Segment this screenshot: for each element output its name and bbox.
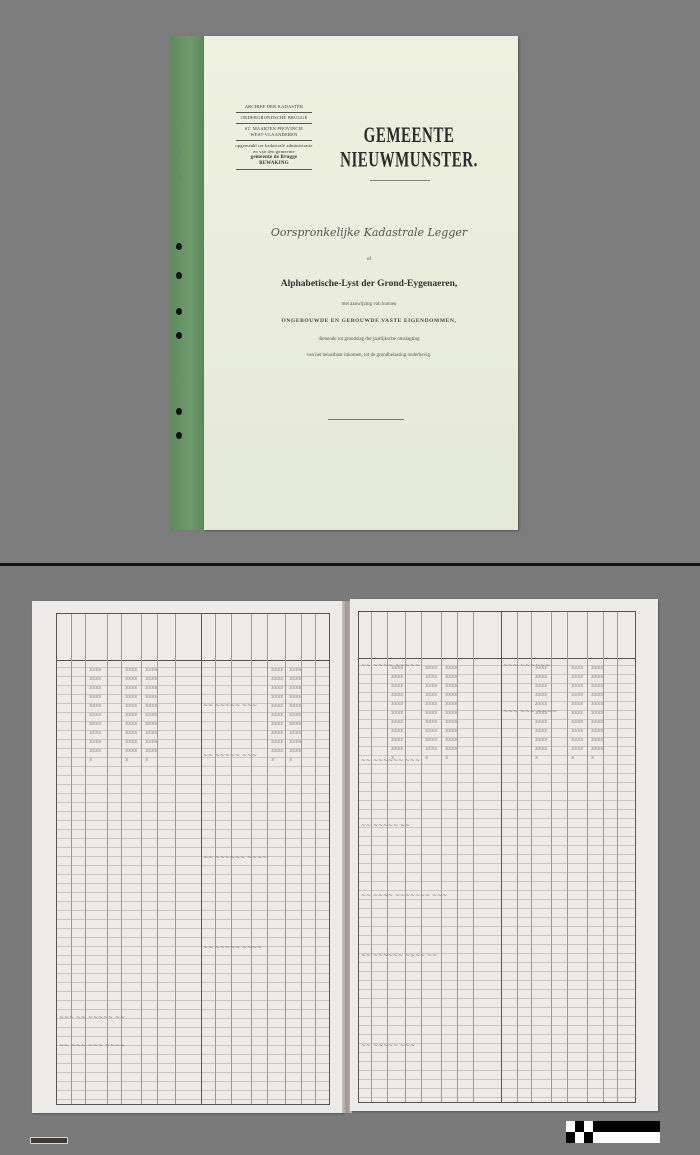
color-scale-chart — [566, 1121, 660, 1143]
stamp-line: ONDERGRONDSCHE BRUGGE — [224, 115, 324, 121]
handwritten-column: ɜɜɜɜɜɜɜɜɜɜɜɜɜɜɜɜɜɜɜɜɜɜɜɜɜɜɜɜɜɜɜɜɜɜɜɜɜɜɜɜ… — [289, 666, 303, 1066]
handwritten-column: ɜɜɜɜɜɜɜɜɜɜɜɜɜɜɜɜɜɜɜɜɜɜɜɜɜɜɜɜɜɜɜɜɜɜɜɜɜɜɜɜ… — [571, 664, 585, 1064]
ledger-table: ɜɜɜɜɜɜɜɜɜɜɜɜɜɜɜɜɜɜɜɜɜɜɜɜɜɜɜɜɜɜɜɜɜɜɜɜɜɜɜɜ… — [56, 613, 330, 1105]
stamp-line: ARCHIEF DER KADASTER — [224, 104, 324, 110]
handwritten-entry: ~~ ~~~~~ ~~ — [361, 822, 410, 829]
binding-hole — [176, 272, 182, 279]
ornament-rule — [328, 419, 404, 420]
mini-scale-bar — [30, 1137, 68, 1144]
handwritten-entry: ~~ ~~~~~ ~~~ — [203, 752, 257, 759]
handwritten-entry: ~~ ~~~~ ~~~~~~~ ~~~ — [361, 892, 447, 899]
municipality-title: GEMEENTE NIEUWMUNSTER. — [324, 124, 494, 173]
subtitle: Alphabetische-Lyst der Grond-Eygenaeren, — [224, 279, 514, 289]
table-header — [57, 614, 329, 661]
open-ledger: ɜɜɜɜɜɜɜɜɜɜɜɜɜɜɜɜɜɜɜɜɜɜɜɜɜɜɜɜɜɜɜɜɜɜɜɜɜɜɜɜ… — [32, 601, 658, 1113]
binding-hole — [176, 308, 182, 315]
handwritten-entry: ~~ ~~~~~~ ~~~ — [361, 757, 420, 764]
script-title: Oorspronkelijke Kadastrale Legger — [224, 226, 514, 239]
handwritten-entry: ~~ ~~~~~~ ~~~~ ~~ — [361, 952, 437, 959]
title-page: ARCHIEF DER KADASTER ONDERGRONDSCHE BRUG… — [204, 36, 518, 530]
cover-photo-panel: ARCHIEF DER KADASTER ONDERGRONDSCHE BRUG… — [0, 0, 700, 563]
stamp-line: WEST-VLAANDEREN — [224, 132, 324, 138]
right-page: ɜɜɜɜɜɜɜɜɜɜɜɜɜɜɜɜɜɜɜɜɜɜɜɜɜɜɜɜɜɜɜɜɜɜɜɜɜɜɜɜ… — [350, 599, 658, 1111]
left-page: ɜɜɜɜɜɜɜɜɜɜɜɜɜɜɜɜɜɜɜɜɜɜɜɜɜɜɜɜɜɜɜɜɜɜɜɜɜɜɜɜ… — [32, 601, 344, 1113]
stamp-line: BEWAKING — [224, 161, 324, 167]
caps-line: ONGEBOUWDE EN GEBOUWDE VASTE EIGENDOMMEN… — [224, 318, 514, 324]
binding-hole — [176, 432, 182, 439]
handwritten-column: ɜɜɜɜɜɜɜɜɜɜɜɜɜɜɜɜɜɜɜɜɜɜɜɜɜɜɜɜɜɜɜɜɜɜɜɜɜɜɜɜ… — [271, 666, 285, 1066]
handwritten-entry: ~~ ~~~~ ~~~~~ — [361, 662, 420, 669]
descriptor-line: met aanwijzing van hunnen — [224, 302, 514, 307]
handwritten-column: ɜɜɜɜɜɜɜɜɜɜɜɜɜɜɜɜɜɜɜɜɜɜɜɜɜɜɜɜɜɜɜɜɜɜɜɜɜɜɜɜ… — [535, 664, 549, 1064]
text-line-1: dienende tot grondslag der jaarlijksche … — [224, 337, 514, 342]
handwritten-entry: ~~ ~~~~~ ~~~~ — [203, 944, 262, 951]
handwritten-column: ɜɜɜɜɜɜɜɜɜɜɜɜɜɜɜɜɜɜɜɜɜɜɜɜɜɜɜɜɜɜɜɜɜɜɜɜɜɜɜɜ… — [125, 666, 139, 1066]
ledger-cover: ARCHIEF DER KADASTER ONDERGRONDSCHE BRUG… — [170, 36, 520, 530]
ledger-table: ɜɜɜɜɜɜɜɜɜɜɜɜɜɜɜɜɜɜɜɜɜɜɜɜɜɜɜɜɜɜɜɜɜɜɜɜɜɜɜɜ… — [358, 611, 636, 1103]
handwritten-column: ɜɜɜɜɜɜɜɜɜɜɜɜɜɜɜɜɜɜɜɜɜɜɜɜɜɜɜɜɜɜɜɜɜɜɜɜɜɜɜɜ… — [591, 664, 605, 1064]
handwritten-entry: ~~~ ~~~~~~ — [503, 662, 550, 669]
binding-hole — [176, 243, 182, 250]
green-spine — [170, 36, 204, 530]
archive-stamp: ARCHIEF DER KADASTER ONDERGRONDSCHE BRUG… — [224, 104, 324, 172]
ornament-rule — [370, 180, 430, 181]
binding-hole — [176, 408, 182, 415]
handwritten-entry: ~~ ~~~~~ ~~~ — [361, 1042, 415, 1049]
handwritten-column: ɜɜɜɜɜɜɜɜɜɜɜɜɜɜɜɜɜɜɜɜɜɜɜɜɜɜɜɜɜɜɜɜɜɜɜɜɜɜɜɜ… — [391, 664, 405, 1064]
handwritten-column: ɜɜɜɜɜɜɜɜɜɜɜɜɜɜɜɜɜɜɜɜɜɜɜɜɜɜɜɜɜɜɜɜɜɜɜɜɜɜɜɜ… — [425, 664, 439, 1064]
handwritten-column: ɜɜɜɜɜɜɜɜɜɜɜɜɜɜɜɜɜɜɜɜɜɜɜɜɜɜɜɜɜɜɜɜɜɜɜɜɜɜɜɜ… — [445, 664, 459, 1064]
conjunction: of — [224, 257, 514, 262]
handwritten-entry: ~~ ~~~~~~ ~~~~ — [203, 854, 267, 861]
table-header — [359, 612, 635, 659]
handwritten-entry: ~~ ~~~ ~~~ ~~~~ — [59, 1042, 125, 1049]
handwritten-column: ɜɜɜɜɜɜɜɜɜɜɜɜɜɜɜɜɜɜɜɜɜɜɜɜɜɜɜɜɜɜɜɜɜɜɜɜɜɜɜɜ… — [145, 666, 159, 1066]
binding-hole — [176, 174, 182, 181]
handwritten-entry: ~~ ~~~~~ ~~~ — [203, 702, 257, 709]
binding-hole — [176, 332, 182, 339]
handwritten-entry: ~~~ ~~~ ~~~~ — [503, 708, 557, 715]
handwritten-column: ɜɜɜɜɜɜɜɜɜɜɜɜɜɜɜɜɜɜɜɜɜɜɜɜɜɜɜɜɜɜɜɜɜɜɜɜɜɜɜɜ… — [89, 666, 103, 1046]
text-line-2: van het belastbaar inkomen, tot de grond… — [224, 353, 514, 358]
handwritten-entry: ~~~ ~~ ~~~~~ ~~ — [59, 1014, 125, 1021]
binding-hole — [176, 148, 182, 155]
